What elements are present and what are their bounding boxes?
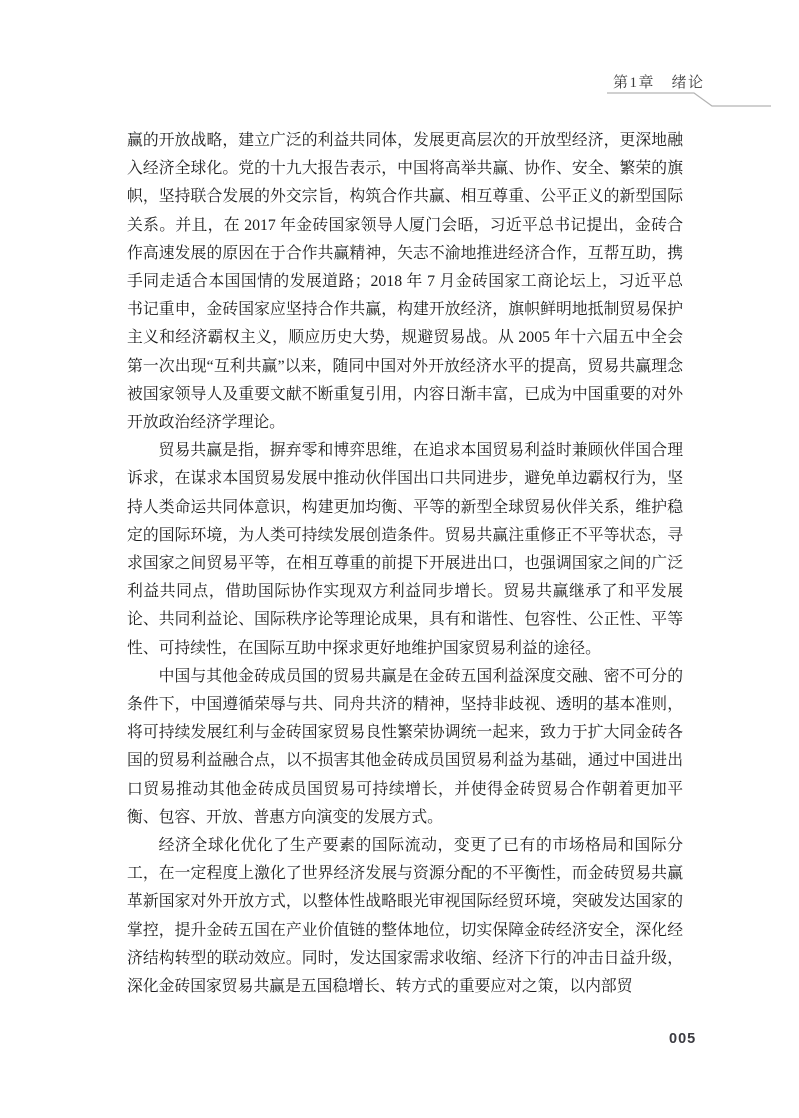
paragraph-globalization: 经济全球化优化了生产要素的国际流动，变更了已有的市场格局和国际分工，在一定程度上… [127, 832, 683, 1001]
header-rule-line [600, 85, 780, 115]
page-number: 005 [669, 1031, 696, 1047]
body-text: 赢的开放战略，建立广泛的利益共同体，发展更高层次的开放型经济，更深地融入经济全球… [127, 127, 683, 1001]
paragraph-china-brics: 中国与其他金砖成员国的贸易共赢是在金砖五国利益深度交融、密不可分的条件下，中国遵… [127, 663, 683, 832]
running-head: 第1章 绪论 [0, 0, 799, 120]
book-page: 第1章 绪论 赢的开放战略，建立广泛的利益共同体，发展更高层次的开放型经济，更深… [0, 0, 799, 1118]
paragraph-continuation: 赢的开放战略，建立广泛的利益共同体，发展更高层次的开放型经济，更深地融入经济全球… [127, 127, 683, 437]
paragraph-trade-winwin-definition: 贸易共赢是指，摒弃零和博弈思维，在追求本国贸易利益时兼顾伙伴国合理诉求，在谋求本… [127, 437, 683, 663]
